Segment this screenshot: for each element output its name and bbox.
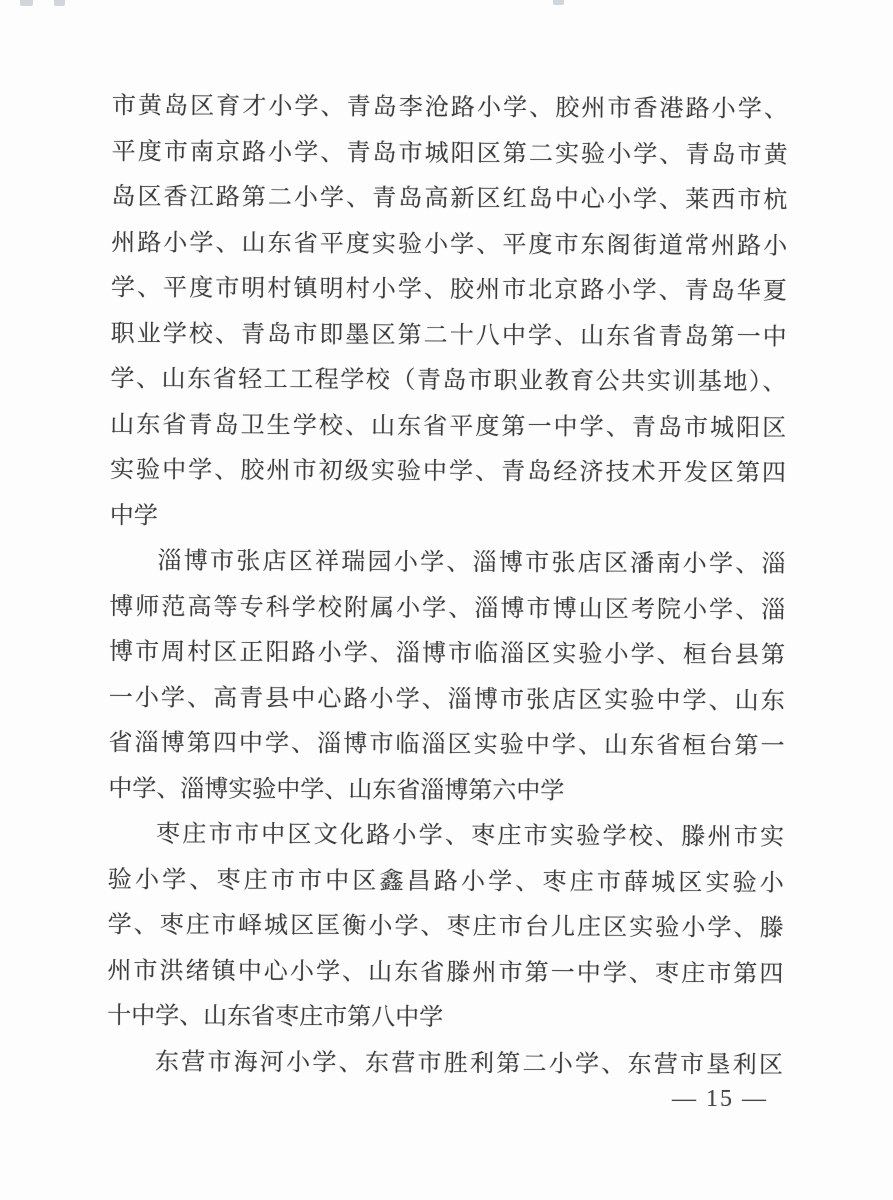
text-line: 岛区香江路第二小学、青岛高新区红岛中心小学、莱西市杭	[111, 175, 787, 224]
text-line: 职业学校、青岛市即墨区第二十八中学、山东省青岛第一中	[111, 312, 787, 361]
text-line: 山东省青岛卫生学校、山东省平度第一中学、青岛市城阳区	[110, 403, 786, 452]
text-line: 验小学、枣庄市市中区鑫昌路小学、枣庄市薛城区实验小	[108, 858, 784, 907]
text-line: 十中学、山东省枣庄市第八中学	[107, 994, 783, 1043]
scan-artifact	[20, 0, 33, 6]
scanned-document-page: 市黄岛区育才小学、青岛李沧路小学、胶州市香港路小学、平度市南京路小学、青岛市城阳…	[0, 0, 893, 1200]
paragraph-dongying-schools: 东营市海河小学、东营市胜利第二小学、东营市垦利区	[107, 1040, 783, 1089]
scan-artifact	[553, 0, 564, 5]
text-line: 学、平度市明村镇明村小学、胶州市北京路小学、青岛华夏	[111, 266, 787, 315]
text-line: 博市周村区正阳路小学、淄博市临淄区实验小学、桓台县第	[109, 630, 785, 679]
text-line: 枣庄市市中区文化路小学、枣庄市实验学校、滕州市实	[108, 812, 784, 861]
paragraph-qingdao-schools-continued: 市黄岛区育才小学、青岛李沧路小学、胶州市香港路小学、平度市南京路小学、青岛市城阳…	[110, 84, 788, 543]
text-line: 省淄博第四中学、淄博市临淄区实验中学、山东省桓台第一	[108, 721, 784, 770]
text-line: 实验中学、胶州市初级实验中学、青岛经济技术开发区第四	[110, 448, 786, 497]
text-line: 一小学、高青县中心路小学、淄博市张店区实验中学、山东	[109, 676, 785, 725]
text-line: 学、枣庄市峄城区匡衡小学、枣庄市台儿庄区实验小学、滕	[107, 903, 783, 952]
paragraph-zaozhuang-schools: 枣庄市市中区文化路小学、枣庄市实验学校、滕州市实验小学、枣庄市市中区鑫昌路小学、…	[107, 812, 784, 1043]
scan-artifact	[54, 0, 65, 6]
text-line: 市黄岛区育才小学、青岛李沧路小学、胶州市香港路小学、	[112, 84, 788, 133]
text-line: 平度市南京路小学、青岛市城阳区第二实验小学、青岛市黄	[112, 130, 788, 179]
document-body: 市黄岛区育才小学、青岛李沧路小学、胶州市香港路小学、平度市南京路小学、青岛市城阳…	[107, 84, 788, 1089]
text-line: 学、山东省轻工工程学校（青岛市职业教育公共实训基地）、	[110, 357, 786, 406]
text-line: 淄博市张店区祥瑞园小学、淄博市张店区潘南小学、淄	[109, 539, 785, 588]
page-number: — 15 —	[672, 1086, 768, 1113]
text-line: 州市洪绪镇中心小学、山东省滕州市第一中学、枣庄市第四	[107, 949, 783, 998]
text-line: 博师范高等专科学校附属小学、淄博市博山区考院小学、淄	[109, 585, 785, 634]
text-line: 中学、淄博实验中学、山东省淄博第六中学	[108, 767, 784, 816]
text-line: 东营市海河小学、东营市胜利第二小学、东营市垦利区	[107, 1040, 783, 1089]
paragraph-zibo-schools: 淄博市张店区祥瑞园小学、淄博市张店区潘南小学、淄博师范高等专科学校附属小学、淄博…	[108, 539, 785, 816]
text-line: 州路小学、山东省平度实验小学、平度市东阁街道常州路小	[111, 221, 787, 270]
text-line: 中学	[110, 494, 786, 543]
